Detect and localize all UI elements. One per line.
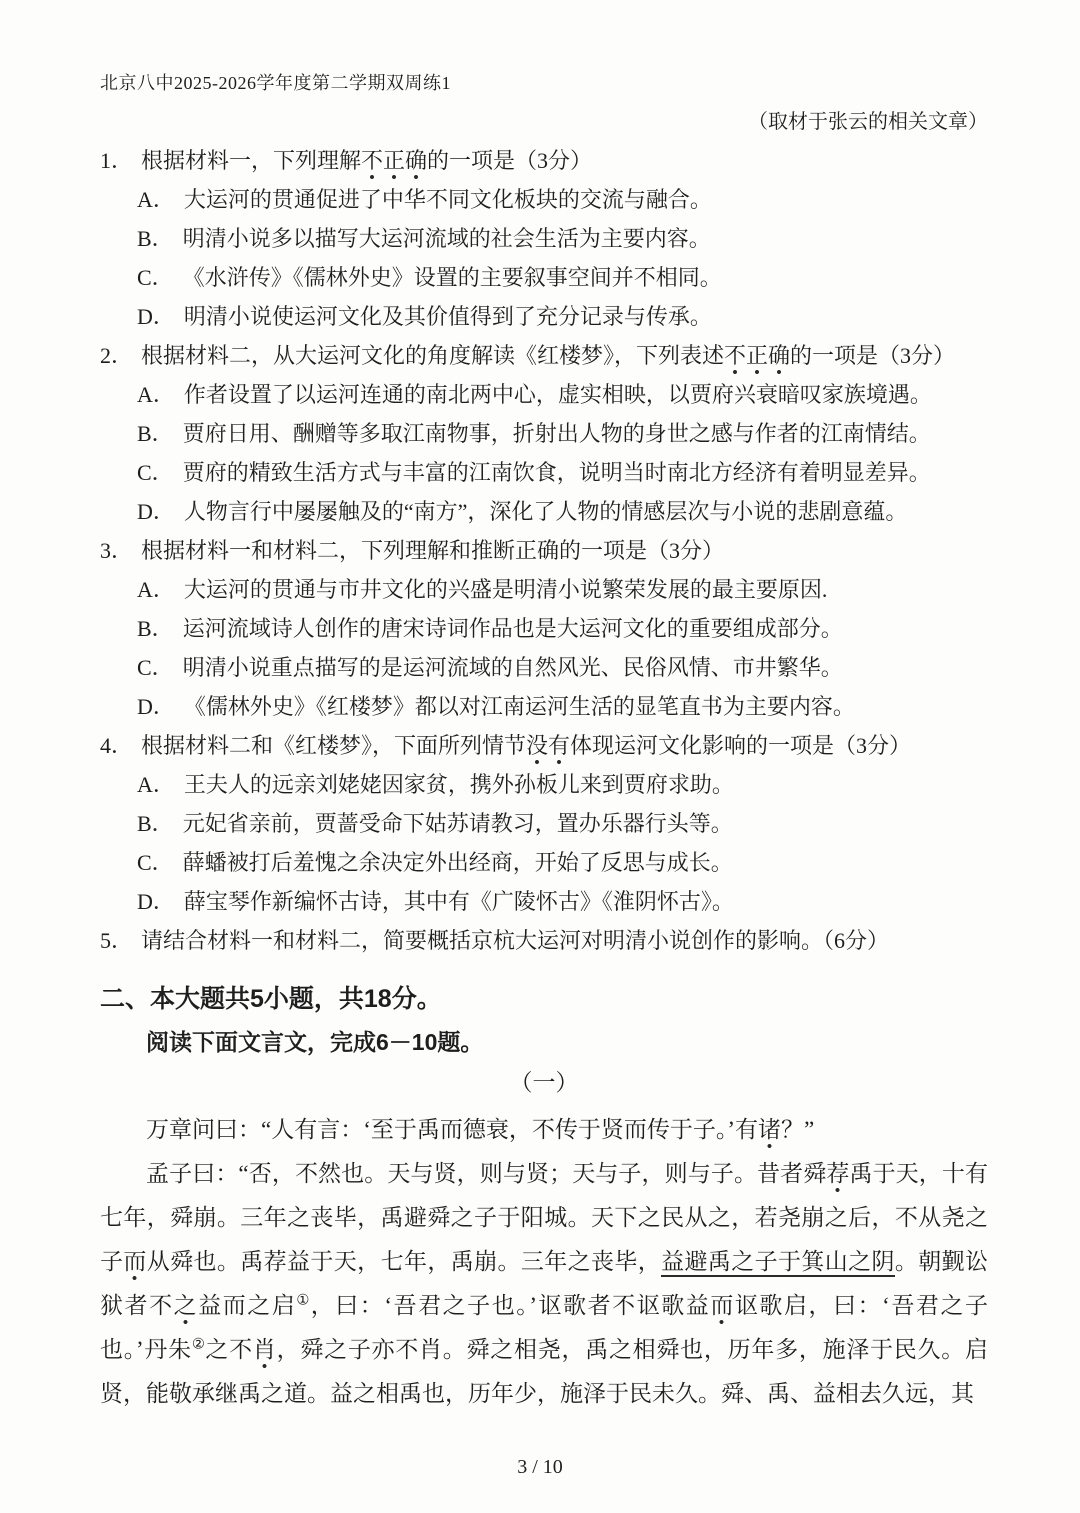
school-header: 北京八中2025-2026学年度第二学期双周练1 bbox=[100, 72, 988, 94]
question-3: 3．根据材料一和材料二，下列理解和推断正确的一项是（3分） A．大运河的贯通与市… bbox=[100, 538, 988, 720]
passage-emphasis: 之 bbox=[174, 1293, 199, 1325]
page-number-footer: 3 / 10 bbox=[0, 1455, 1080, 1479]
option-label: C． bbox=[137, 460, 174, 486]
option-text: 大运河的贯通促进了中华不同文化板块的交流与融合。 bbox=[184, 187, 712, 212]
option-label: C． bbox=[137, 655, 174, 681]
question-2: 2．根据材料二，从大运河文化的角度解读《红楼梦》，下列表述不正确的一项是（3分）… bbox=[100, 343, 988, 525]
option-text: 大运河的贯通与市井文化的兴盛是明清小说繁荣发展的最主要原因. bbox=[184, 577, 828, 602]
option-row: A．大运河的贯通促进了中华不同文化板块的交流与融合。 bbox=[137, 187, 988, 213]
classical-passage: 万章问曰：“人有言：‘至于禹而德衰，不传于贤而传于子。’有诸？” 孟子曰：“否，… bbox=[100, 1108, 988, 1416]
footnote-marker-1: ① bbox=[296, 1292, 310, 1308]
question-list: 1．根据材料一，下列理解不正确的一项是（3分） A．大运河的贯通促进了中华不同文… bbox=[100, 148, 988, 954]
option-label: A． bbox=[137, 772, 175, 798]
stem-text: 请结合材料一和材料二，简要概括京杭大运河对明清小说创作的影响。（6分） bbox=[141, 928, 889, 953]
question-4-stem: 4．根据材料二和《红楼梦》，下面所列情节没有体现运河文化影响的一项是（3分） bbox=[100, 733, 988, 759]
option-label: D． bbox=[137, 304, 175, 330]
question-number: 4． bbox=[100, 733, 133, 759]
stem-text: 根据材料二，从大运河文化的角度解读《红楼梦》，下列表述 bbox=[141, 343, 724, 368]
question-4-options: A．王夫人的远亲刘姥姥因家贫，携外孙板儿来到贾府求助。 B．元妃省亲前，贾蔷受命… bbox=[137, 772, 988, 915]
passage-text: 从舜也。禹荐益于天，七年，禹崩。三年之丧毕， bbox=[147, 1249, 661, 1274]
stem-text: 的一项是（3分） bbox=[790, 343, 955, 368]
option-label: D． bbox=[137, 694, 175, 720]
question-5: 5．请结合材料一和材料二，简要概括京杭大运河对明清小说创作的影响。（6分） bbox=[100, 928, 988, 954]
question-4: 4．根据材料二和《红楼梦》，下面所列情节没有体现运河文化影响的一项是（3分） A… bbox=[100, 733, 988, 915]
question-number: 1． bbox=[100, 148, 133, 174]
option-row: A．王夫人的远亲刘姥姥因家贫，携外孙板儿来到贾府求助。 bbox=[137, 772, 988, 798]
option-text: 元妃省亲前，贾蔷受命下姑苏请教习，置办乐器行头等。 bbox=[183, 811, 733, 836]
passage-underline: 益避禹之子于箕山之阴 bbox=[661, 1249, 895, 1277]
option-row: A．作者设置了以运河连通的南北两中心，虚实相映，以贾府兴衰暗叹家族境遇。 bbox=[137, 382, 988, 408]
option-row: C．薛蟠被打后羞愧之余决定外出经商，开始了反思与成长。 bbox=[137, 850, 988, 876]
option-text: 运河流域诗人创作的唐宋诗词作品也是大运河文化的重要组成部分。 bbox=[183, 616, 843, 641]
question-number: 3． bbox=[100, 538, 133, 564]
option-text: 《水浒传》《儒林外史》设置的主要叙事空间并不相同。 bbox=[183, 265, 722, 290]
question-2-options: A．作者设置了以运河连通的南北两中心，虚实相映，以贾府兴衰暗叹家族境遇。 B．贾… bbox=[137, 382, 988, 525]
passage-emphasis: 诸 bbox=[758, 1117, 781, 1149]
option-label: C． bbox=[137, 265, 174, 291]
stem-emphasis: 不正确 bbox=[361, 148, 427, 180]
option-label: B． bbox=[137, 811, 174, 837]
passage-emphasis: 而 bbox=[123, 1249, 146, 1281]
option-text: 明清小说使运河文化及其价值得到了充分记录与传承。 bbox=[184, 304, 712, 329]
stem-emphasis: 不正确 bbox=[724, 343, 790, 375]
part-one-label: （一） bbox=[100, 1068, 988, 1098]
question-1: 1．根据材料一，下列理解不正确的一项是（3分） A．大运河的贯通促进了中华不同文… bbox=[100, 148, 988, 330]
passage-text: 益而之启 bbox=[198, 1293, 296, 1318]
option-text: 薛蟠被打后羞愧之余决定外出经商，开始了反思与成长。 bbox=[183, 850, 733, 875]
option-text: 作者设置了以运河连通的南北两中心，虚实相映，以贾府兴衰暗叹家族境遇。 bbox=[184, 382, 932, 407]
passage-paragraph-2: 孟子曰：“否，不然也。天与贤，则与贤；天与子，则与子。昔者舜荐禹于天，十有七年，… bbox=[100, 1152, 988, 1416]
option-label: C． bbox=[137, 850, 174, 876]
passage-text: ？” bbox=[781, 1117, 814, 1142]
stem-emphasis: 没有 bbox=[526, 733, 570, 765]
question-1-options: A．大运河的贯通促进了中华不同文化板块的交流与融合。 B．明清小说多以描写大运河… bbox=[137, 187, 988, 330]
option-row: B．元妃省亲前，贾蔷受命下姑苏请教习，置办乐器行头等。 bbox=[137, 811, 988, 837]
option-row: C．明清小说重点描写的是运河流域的自然风光、民俗风情、市井繁华。 bbox=[137, 655, 988, 681]
stem-text: 根据材料一和材料二，下列理解和推断正确的一项是（3分） bbox=[141, 538, 724, 563]
option-label: A． bbox=[137, 577, 175, 603]
question-3-options: A．大运河的贯通与市井文化的兴盛是明清小说繁荣发展的最主要原因. B．运河流域诗… bbox=[137, 577, 988, 720]
option-row: B．贾府日用、酬赠等多取江南物事，折射出人物的身世之感与作者的江南情结。 bbox=[137, 421, 988, 447]
stem-text: 体现运河文化影响的一项是（3分） bbox=[570, 733, 911, 758]
passage-emphasis: 荐 bbox=[826, 1161, 849, 1193]
option-label: B． bbox=[137, 226, 174, 252]
option-text: 王夫人的远亲刘姥姥因家贫，携外孙板儿来到贾府求助。 bbox=[184, 772, 734, 797]
option-row: A．大运河的贯通与市井文化的兴盛是明清小说繁荣发展的最主要原因. bbox=[137, 577, 988, 603]
option-row: D．人物言行中屡屡触及的“南方”，深化了人物的情感层次与小说的悲剧意蕴。 bbox=[137, 499, 988, 525]
question-2-stem: 2．根据材料二，从大运河文化的角度解读《红楼梦》，下列表述不正确的一项是（3分） bbox=[100, 343, 988, 369]
exam-page: 北京八中2025-2026学年度第二学期双周练1 （取材于张云的相关文章） 1．… bbox=[0, 0, 1080, 1513]
question-3-stem: 3．根据材料一和材料二，下列理解和推断正确的一项是（3分） bbox=[100, 538, 988, 564]
passage-emphasis: 而 bbox=[710, 1293, 735, 1325]
option-text: 贾府日用、酬赠等多取江南物事，折射出人物的身世之感与作者的江南情结。 bbox=[183, 421, 931, 446]
option-label: B． bbox=[137, 616, 174, 642]
footnote-marker-2: ② bbox=[192, 1336, 206, 1352]
stem-text: 根据材料二和《红楼梦》，下面所列情节 bbox=[141, 733, 526, 758]
question-number: 2． bbox=[100, 343, 133, 369]
passage-text: ，曰：‘吾君之子也。’讴歌者不讴歌益 bbox=[311, 1293, 711, 1318]
question-1-stem: 1．根据材料一，下列理解不正确的一项是（3分） bbox=[100, 148, 988, 174]
option-row: B．运河流域诗人创作的唐宋诗词作品也是大运河文化的重要组成部分。 bbox=[137, 616, 988, 642]
attribution-line: （取材于张云的相关文章） bbox=[100, 110, 988, 134]
option-row: D．《儒林外史》《红楼梦》都以对江南运河生活的显笔直书为主要内容。 bbox=[137, 694, 988, 720]
option-text: 薛宝琴作新编怀古诗，其中有《广陵怀古》《淮阴怀古》。 bbox=[184, 889, 734, 914]
option-text: 人物言行中屡屡触及的“南方”，深化了人物的情感层次与小说的悲剧意蕴。 bbox=[184, 499, 908, 524]
option-label: D． bbox=[137, 889, 175, 915]
question-number: 5． bbox=[100, 928, 133, 954]
passage-text: 孟子曰：“否，不然也。天与贤，则与贤；天与子，则与子。昔者舜 bbox=[146, 1161, 826, 1186]
passage-emphasis: 肖 bbox=[253, 1337, 277, 1369]
option-label: B． bbox=[137, 421, 174, 447]
option-text: 明清小说重点描写的是运河流域的自然风光、民俗风情、市井繁华。 bbox=[183, 655, 843, 680]
option-row: C．贾府的精致生活方式与丰富的江南饮食，说明当时南北方经济有着明显差异。 bbox=[137, 460, 988, 486]
option-label: A． bbox=[137, 187, 175, 213]
option-row: B．明清小说多以描写大运河流域的社会生活为主要内容。 bbox=[137, 226, 988, 252]
passage-text: 之不 bbox=[205, 1337, 252, 1362]
option-row: D．明清小说使运河文化及其价值得到了充分记录与传承。 bbox=[137, 304, 988, 330]
option-text: 贾府的精致生活方式与丰富的江南饮食，说明当时南北方经济有着明显差异。 bbox=[183, 460, 931, 485]
option-label: D． bbox=[137, 499, 175, 525]
stem-text: 的一项是（3分） bbox=[427, 148, 592, 173]
stem-text: 根据材料一，下列理解 bbox=[141, 148, 361, 173]
section-two-instruction: 阅读下面文言文，完成6－10题。 bbox=[146, 1028, 988, 1056]
option-row: D．薛宝琴作新编怀古诗，其中有《广陵怀古》《淮阴怀古》。 bbox=[137, 889, 988, 915]
passage-paragraph-1: 万章问曰：“人有言：‘至于禹而德衰，不传于贤而传于子。’有诸？” bbox=[100, 1108, 988, 1152]
option-row: C．《水浒传》《儒林外史》设置的主要叙事空间并不相同。 bbox=[137, 265, 988, 291]
question-5-stem: 5．请结合材料一和材料二，简要概括京杭大运河对明清小说创作的影响。（6分） bbox=[100, 928, 988, 954]
section-two-heading: 二、本大题共5小题，共18分。 bbox=[100, 984, 988, 1014]
option-label: A． bbox=[137, 382, 175, 408]
passage-text: 万章问曰：“人有言：‘至于禹而德衰，不传于贤而传于子。’有 bbox=[146, 1117, 758, 1142]
option-text: 《儒林外史》《红楼梦》都以对江南运河生活的显笔直书为主要内容。 bbox=[184, 694, 855, 719]
option-text: 明清小说多以描写大运河流域的社会生活为主要内容。 bbox=[183, 226, 711, 251]
